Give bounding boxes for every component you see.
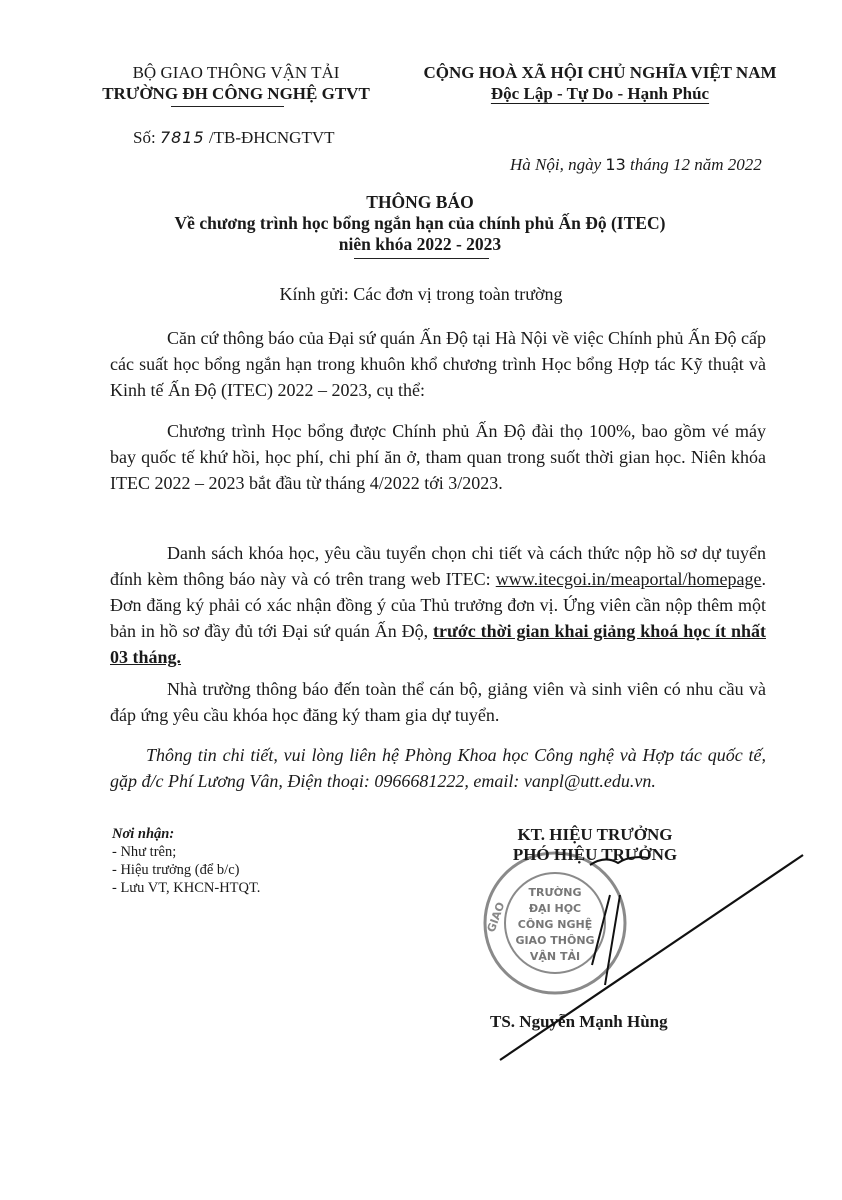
date-suffix: tháng 12 năm 2022 — [626, 155, 762, 174]
recipient-item: - Lưu VT, KHCN-HTQT. — [112, 879, 260, 897]
recipients-heading: Nơi nhận: — [112, 825, 260, 843]
recipient-item: - Hiệu trưởng (để b/c) — [112, 861, 260, 879]
paragraph-2: Chương trình Học bổng được Chính phủ Ấn … — [110, 418, 766, 496]
date-prefix: Hà Nội, ngày — [510, 155, 605, 174]
issuing-authority: BỘ GIAO THÔNG VẬN TẢI TRƯỜNG ĐH CÔNG NGH… — [96, 62, 376, 104]
title-line-1: THÔNG BÁO — [120, 192, 720, 213]
number-prefix: Số: — [133, 128, 160, 147]
paragraph-3: Danh sách khóa học, yêu cầu tuyển chọn c… — [110, 540, 766, 670]
contact-paragraph: Thông tin chi tiết, vui lòng liên hệ Phò… — [110, 742, 766, 794]
paragraph-4: Nhà trường thông báo đến toàn thể cán bộ… — [110, 676, 766, 728]
title-line-2: Về chương trình học bổng ngắn hạn của ch… — [120, 213, 720, 234]
recipient-item: - Như trên; — [112, 843, 260, 861]
national-header: CỘNG HOÀ XÃ HỘI CHỦ NGHĨA VIỆT NAM Độc L… — [410, 62, 790, 104]
salutation: Kính gửi: Các đơn vị trong toàn trường — [0, 284, 842, 305]
title-divider — [354, 258, 489, 259]
national-motto: Độc Lập - Tự Do - Hạnh Phúc — [410, 83, 790, 104]
ministry-name: BỘ GIAO THÔNG VẬN TẢI — [96, 62, 376, 83]
number-handwritten: 7815 — [160, 128, 205, 147]
handwritten-signature — [470, 825, 810, 1065]
document-number: Số: 7815 /TB-ĐHCNGTVT — [133, 128, 335, 148]
date-line: Hà Nội, ngày 13 tháng 12 năm 2022 — [510, 155, 762, 175]
document-title: THÔNG BÁO Về chương trình học bổng ngắn … — [120, 192, 720, 255]
paragraph-1: Căn cứ thông báo của Đại sứ quán Ấn Độ t… — [110, 325, 766, 403]
university-name: TRƯỜNG ĐH CÔNG NGHỆ GTVT — [96, 83, 376, 104]
itec-website-link[interactable]: www.itecgoi.in/meaportal/homepage — [496, 569, 762, 589]
university-underline — [171, 106, 284, 107]
title-line-3: niên khóa 2022 - 2023 — [120, 234, 720, 255]
recipients-list: Nơi nhận: - Như trên; - Hiệu trưởng (để … — [112, 825, 260, 897]
number-suffix: /TB-ĐHCNGTVT — [205, 128, 335, 147]
country-name: CỘNG HOÀ XÃ HỘI CHỦ NGHĨA VIỆT NAM — [410, 62, 790, 83]
date-day: 13 — [605, 155, 625, 174]
